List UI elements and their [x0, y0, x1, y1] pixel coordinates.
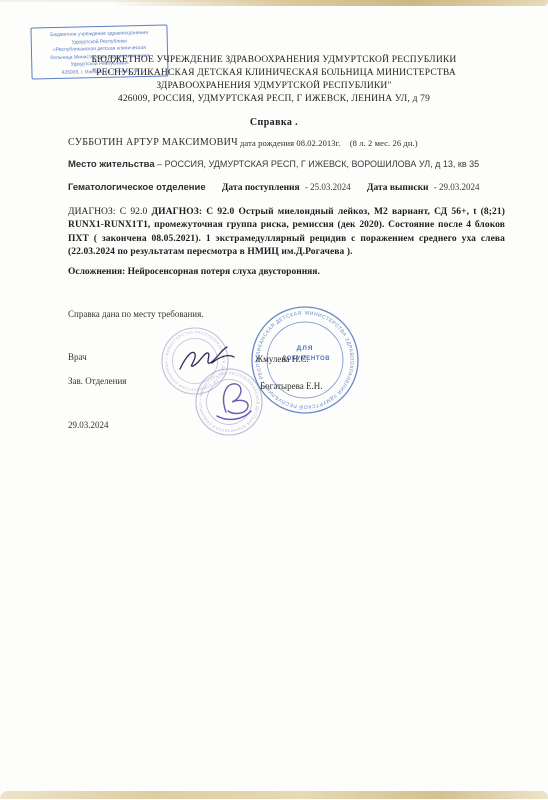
- discharge-date-label: Дата выписки: [367, 183, 429, 193]
- patient-birth-and-age: дата рождения 08.02.2013г. (8 л. 2 мес. …: [240, 138, 418, 148]
- residence-row: Место жительства – РОССИЯ, УДМУРТСКАЯ РЕ…: [68, 159, 505, 170]
- doctor-label: Врач: [68, 352, 87, 362]
- stay-row: Гематологическое отделение Дата поступле…: [68, 182, 505, 193]
- doctor-name: Жмулева Н.С.: [255, 354, 309, 364]
- complications-row: Осложнения: Нейросенсорная потеря слуха …: [68, 267, 505, 277]
- residence-value: – РОССИЯ, УДМУРТСКАЯ РЕСП, Г ИЖЕВСК, ВОР…: [157, 159, 479, 169]
- department-name: Гематологическое отделение: [68, 182, 206, 193]
- complications-text: Нейросенсорная потеря слуха двусторонняя…: [128, 267, 320, 277]
- head-of-department-label: Зав. Отделения: [68, 376, 126, 386]
- complications-label: Осложнения:: [68, 267, 125, 277]
- diagnosis-code-prefix: ДИАГНОЗ: С 92.0: [68, 207, 147, 217]
- head-signature: [217, 384, 251, 420]
- document-title: Справка .: [0, 117, 548, 128]
- patient-row: СУББОТИН АРТУР МАКСИМОВИЧ дата рождения …: [68, 137, 505, 148]
- scan-edge-bottom: [0, 791, 548, 799]
- letterhead-line: БЮДЖЕТНОЕ УЧРЕЖДЕНИЕ ЗДРАВООХРАНЕНИЯ УДМ…: [24, 54, 524, 67]
- residence-label: Место жительства: [68, 159, 155, 170]
- blue-round-stamp: МИНИСТЕРСТВА ЗДРАВООХРАНЕНИЯ УДМУРТСКОЙ …: [150, 296, 358, 413]
- letterhead-line: "РЕСПУБЛИКАНСКАЯ ДЕТСКАЯ КЛИНИЧЕСКАЯ БОЛ…: [24, 67, 524, 80]
- scan-edge-top: [110, 0, 548, 6]
- issue-date: 29.03.2024: [68, 420, 109, 430]
- admission-date-value: - 25.03.2024: [305, 182, 351, 192]
- purple-round-stamp-1: РЕСПУБЛИКАНСКАЯ ДЕТСКАЯ КЛИНИЧЕСКАЯ БОЛЬ…: [150, 296, 228, 394]
- letterhead: БЮДЖЕТНОЕ УЧРЕЖДЕНИЕ ЗДРАВООХРАНЕНИЯ УДМ…: [24, 54, 524, 106]
- patient-age: (8 л. 2 мес. 26 дн.): [350, 138, 418, 148]
- letterhead-address: 426009, РОССИЯ, УДМУРТСКАЯ РЕСП, Г ИЖЕВС…: [24, 93, 524, 106]
- patient-birthdate: дата рождения 08.02.2013г.: [240, 138, 341, 148]
- discharge-date-value: - 29.03.2024: [434, 182, 480, 192]
- patient-name: СУББОТИН АРТУР МАКСИМОВИЧ: [68, 137, 238, 148]
- admission-date-label: Дата поступления: [222, 183, 300, 193]
- scanned-medical-certificate: Бюджетное учреждение здравоохранения Удм…: [0, 0, 548, 800]
- diagnosis-paragraph: ДИАГНОЗ: С 92.0 ДИАГНОЗ: С 92.0 Острый м…: [68, 206, 505, 259]
- head-of-department-name: Богатырева Е.Н.: [260, 381, 322, 391]
- blue-stamp-center-line-1: ДЛЯ: [280, 345, 330, 352]
- letterhead-line: ЗДРАВООХРАНЕНИЯ УДМУРТСКОЙ РЕСПУБЛИКИ": [24, 80, 524, 93]
